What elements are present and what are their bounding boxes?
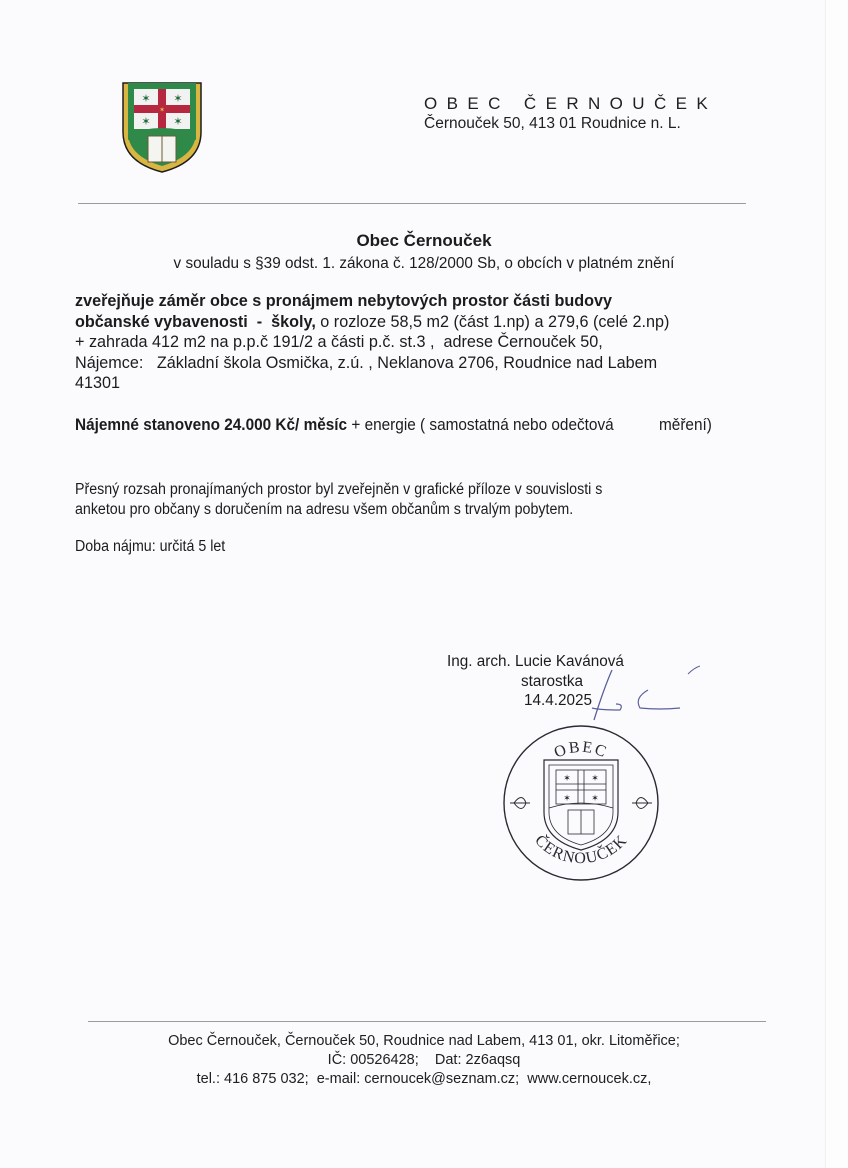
handwritten-signature-icon: [560, 660, 700, 730]
rent-paragraph: Nájemné stanoveno 24.000 Kč/ měsíc + ene…: [75, 415, 765, 436]
page-edge: [825, 0, 848, 1168]
header-divider: [78, 203, 746, 204]
tenant-zip: 41301: [75, 373, 765, 394]
scope-line2: anketou pro občany s doručením na adresu…: [75, 500, 573, 520]
svg-text:✶: ✶: [173, 116, 182, 128]
stamp-bottom-text: ČERNOUČEK: [531, 830, 630, 867]
footer-ids: IČ: 00526428; Dat: 2z6aqsq: [0, 1051, 848, 1070]
notice-line2: o rozloze 58,5 m2 (část 1.np) a 279,6 (c…: [316, 313, 670, 331]
stamp-top-text: OBEC: [552, 739, 610, 762]
tenant-line: Nájemce: Základní škola Osmička, z.ú. , …: [75, 353, 765, 374]
notice-line2-bold: občanské vybavenosti - školy,: [75, 313, 316, 331]
svg-text:✶: ✶: [159, 106, 165, 114]
coat-of-arms-icon: ✶ ✶ ✶ ✶ ✶: [120, 80, 204, 174]
rent-amount: Nájemné stanoveno 24.000 Kč/ měsíc: [75, 416, 347, 434]
lease-notice: zveřejňuje záměr obce s pronájmem nebyto…: [75, 291, 765, 394]
org-address: Černouček 50, 413 01 Roudnice n. L.: [424, 114, 717, 134]
scope-paragraph: Přesný rozsah pronajímaných prostor byl …: [75, 480, 765, 519]
footer: Obec Černouček, Černouček 50, Roudnice n…: [0, 1032, 848, 1089]
notice-line1: zveřejňuje záměr obce s pronájmem nebyto…: [75, 292, 612, 310]
svg-text:✶: ✶: [591, 773, 599, 783]
legal-basis: v souladu s §39 odst. 1. zákona č. 128/2…: [0, 255, 848, 273]
footer-divider: [88, 1021, 766, 1022]
footer-contact: tel.: 416 875 032; e-mail: cernoucek@sez…: [0, 1070, 848, 1089]
svg-text:✶: ✶: [173, 93, 182, 105]
org-name: OBEC ČERNOUČEK: [424, 94, 717, 114]
letterhead: OBEC ČERNOUČEK Černouček 50, 413 01 Roud…: [424, 94, 717, 134]
document-title: Obec Černouček: [0, 231, 848, 251]
svg-text:✶: ✶: [141, 116, 150, 128]
svg-text:ČERNOUČEK: ČERNOUČEK: [531, 830, 630, 867]
notice-line3: + zahrada 412 m2 na p.p.č 191/2 a části …: [75, 332, 765, 353]
footer-address: Obec Černouček, Černouček 50, Roudnice n…: [0, 1032, 848, 1051]
svg-text:OBEC: OBEC: [552, 739, 610, 762]
scope-line1: Přesný rozsah pronajímaných prostor byl …: [75, 480, 602, 500]
svg-text:✶: ✶: [141, 93, 150, 105]
svg-text:✶: ✶: [591, 793, 599, 803]
svg-text:✶: ✶: [563, 773, 571, 783]
rent-line2: měření): [659, 415, 712, 436]
svg-text:✶: ✶: [563, 793, 571, 803]
official-stamp-icon: OBEC ČERNOUČEK ✶ ✶ ✶ ✶: [500, 722, 662, 884]
rent-energy: + energie ( samostatná nebo odečtová: [347, 416, 614, 434]
lease-term: Doba nájmu: určitá 5 let: [75, 537, 765, 558]
